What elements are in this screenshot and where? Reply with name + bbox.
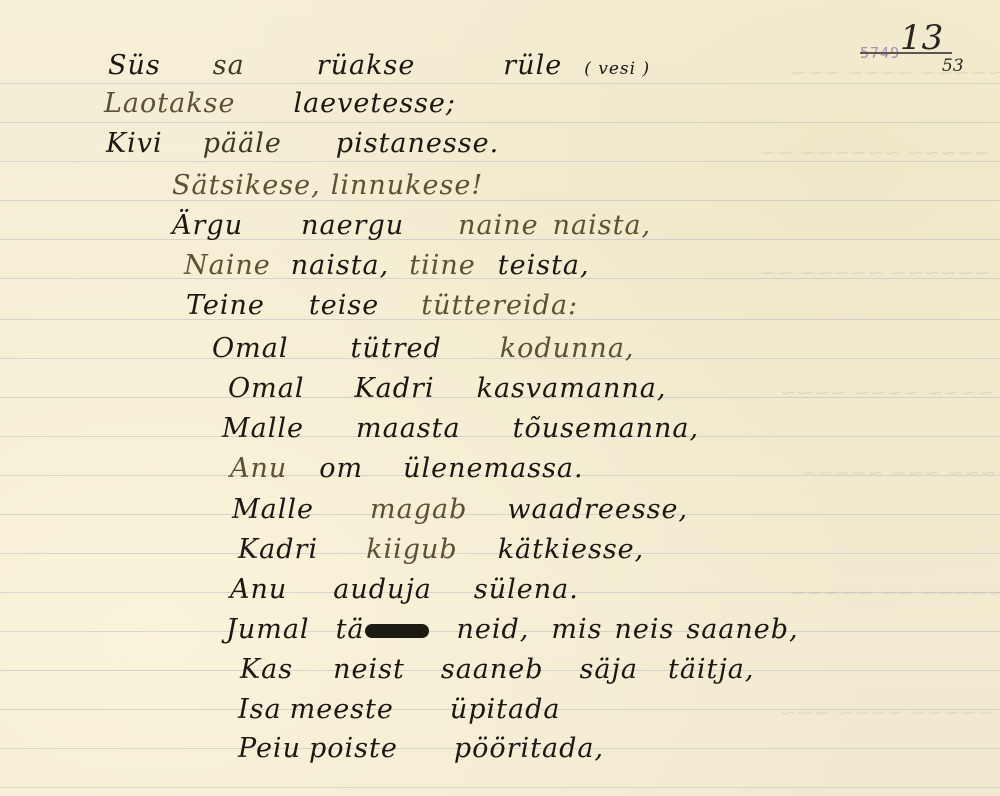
show-through-text: ~~~~~ ~~~~ ~~~ — [780, 700, 994, 724]
text-line: Süssarüakserüle( vesi ) — [108, 50, 684, 81]
text-line: Teineteisetüttereida: — [186, 290, 612, 321]
word: naergu — [301, 210, 404, 241]
manuscript-page: ~~~~~ ~~~~ ~~~ ~~~~~ ~~~~~~ ~~ ~~~~~~ ~~… — [0, 0, 1000, 796]
text-line: Omaltütredkodunna, — [212, 333, 669, 364]
show-through-text: ~~~~ ~~~ ~~~~~ — [800, 460, 1000, 484]
word: Süs — [108, 50, 161, 81]
word: üpitada — [450, 694, 561, 725]
word: Ärgu — [172, 210, 243, 241]
word: waadreesse, — [507, 494, 688, 525]
text-line: Sätsikese,linnukese! — [172, 170, 517, 201]
word: neis — [614, 614, 674, 645]
word: Teine — [186, 290, 265, 321]
word: Laotakse — [104, 88, 235, 119]
text-line: Jumaltäneid,misneissaaneb, — [226, 614, 833, 645]
show-through-text: ~~~~ ~~~~ ~~~~ — [780, 380, 994, 404]
text-line: Mallemagabwaadreesse, — [232, 494, 722, 525]
word: tüttereida: — [421, 290, 578, 321]
word: saaneb — [441, 654, 544, 685]
show-through-text: ~~~~~ ~~~~ ~~~ — [790, 60, 1000, 84]
word: saaneb, — [686, 614, 798, 645]
word: Peiu — [238, 733, 301, 764]
word: linnukese! — [331, 170, 483, 201]
word: neist — [333, 654, 405, 685]
text-line: Kasneistsaanebsäjatäitja, — [240, 654, 788, 685]
text-line: Anuaudujasülena. — [230, 574, 613, 605]
word: poiste — [309, 733, 398, 764]
word: tütred — [350, 333, 441, 364]
text-line: Kivipäälepistanesse. — [106, 128, 533, 159]
word: naista, — [553, 210, 652, 241]
word: tä — [336, 614, 365, 645]
show-through-text: ~~~~~~ ~~~~~ ~~ — [760, 260, 991, 284]
word: täitja, — [668, 654, 754, 685]
word: pööritada, — [454, 733, 604, 764]
word: sülena. — [474, 574, 579, 605]
word: Jumal — [226, 614, 310, 645]
word: Naine — [184, 250, 271, 281]
word: Anu — [230, 574, 287, 605]
ruled-line — [0, 83, 1000, 84]
word: maasta — [356, 413, 461, 444]
text-line: Anuomülenemassa. — [230, 453, 618, 484]
text-line: Mallemaastatõusemanna, — [222, 413, 733, 444]
word: tiine — [409, 250, 476, 281]
word: pääle — [203, 128, 282, 159]
word: Sätsikese, — [172, 170, 321, 201]
word: Kadri — [354, 373, 434, 404]
text-line: Peiupoistepööritada, — [238, 733, 638, 764]
text-line: Nainenaista,tiineteista, — [184, 250, 624, 281]
text-line: Laotakselaevetesse; — [104, 88, 490, 119]
word: rüakse — [317, 50, 416, 81]
ruled-line — [0, 122, 1000, 123]
ruled-line — [0, 161, 1000, 162]
word: auduja — [333, 574, 432, 605]
word: Kivi — [106, 128, 163, 159]
word: Kas — [240, 654, 293, 685]
word: neid, — [457, 614, 530, 645]
word: teista, — [498, 250, 590, 281]
word: ülenemassa. — [403, 453, 583, 484]
word: naista, — [291, 250, 390, 281]
word: kasvamanna, — [477, 373, 667, 404]
word: sa — [213, 50, 245, 81]
word: naine — [458, 210, 539, 241]
word: rüle — [503, 50, 562, 81]
word: säja — [580, 654, 638, 685]
word: Malle — [222, 413, 304, 444]
text-line: Kadrikiigubkätkiesse, — [238, 534, 678, 565]
text-line: Isameesteüpitada — [238, 694, 595, 725]
word: magab — [370, 494, 467, 525]
ruled-line — [0, 787, 1000, 788]
strikethrough-line — [860, 52, 952, 54]
word: Omal — [228, 373, 304, 404]
word: pistanesse. — [336, 128, 499, 159]
word: tõusemanna, — [513, 413, 700, 444]
word: Anu — [230, 453, 287, 484]
word: teise — [309, 290, 379, 321]
word: meeste — [290, 694, 394, 725]
word: Isa — [238, 694, 282, 725]
word: Kadri — [238, 534, 318, 565]
word: Malle — [232, 494, 314, 525]
word: om — [319, 453, 363, 484]
word: kätkiesse, — [498, 534, 645, 565]
word: laevetesse; — [293, 88, 456, 119]
sub-number: 53 — [942, 56, 964, 76]
word: kodunna, — [500, 333, 635, 364]
ink-blot-crossed-out — [365, 624, 429, 638]
text-line: Ärgunaergunainenaista, — [172, 210, 685, 241]
marginal-note: ( vesi ) — [584, 59, 650, 79]
word: Omal — [212, 333, 288, 364]
word: mis — [551, 614, 602, 645]
word: kiigub — [366, 534, 458, 565]
text-line: OmalKadrikasvamanna, — [228, 373, 700, 404]
